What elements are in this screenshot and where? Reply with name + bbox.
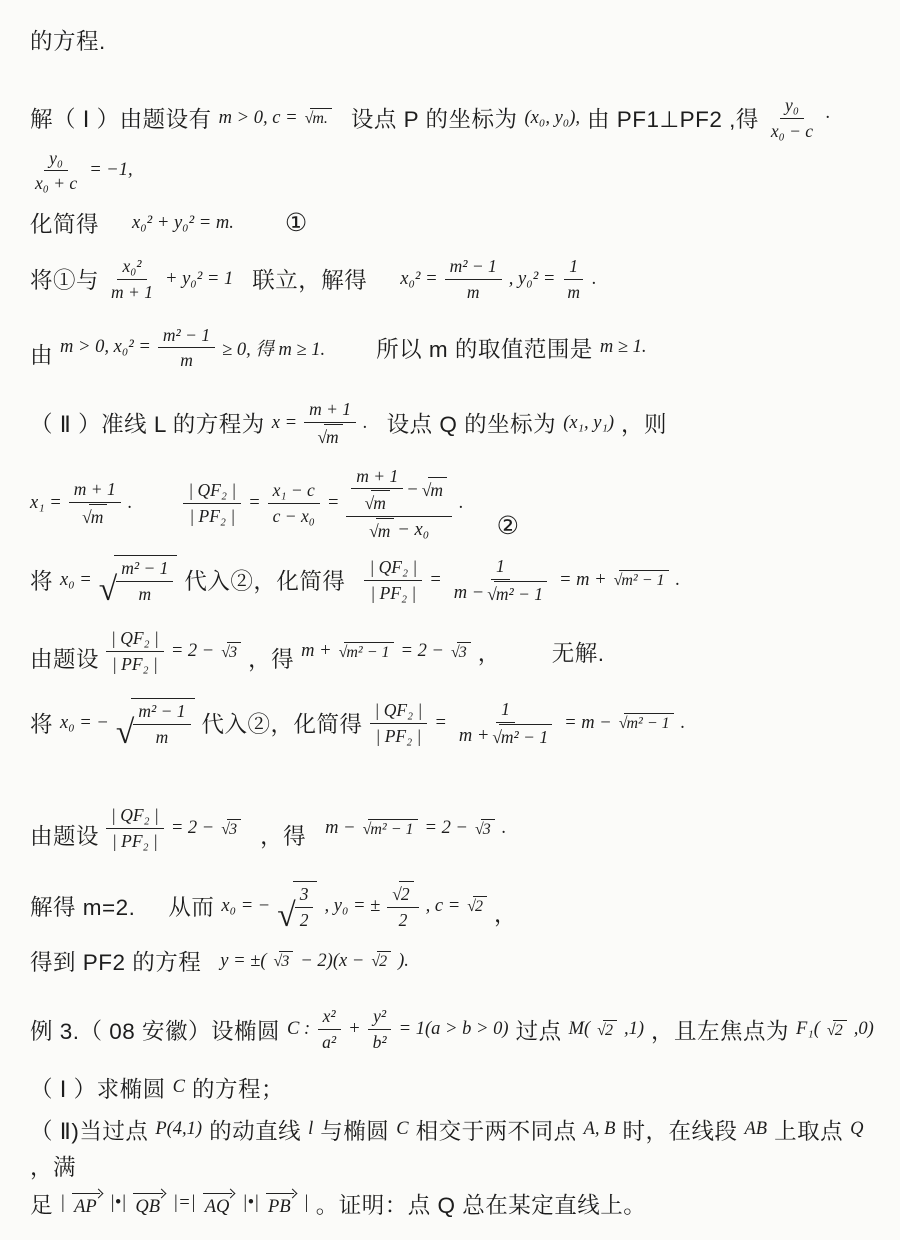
math-text: = [248, 493, 260, 514]
fraction-denominator: m − x₀ [364, 517, 434, 543]
sqrt-expression: 32 [277, 881, 317, 932]
radicand: m² − 1m [114, 555, 177, 606]
line-17: 足 |AP|•|QB|=|AQ|•|PB| 。证明：点 Q 总在某定直线上。 [30, 1188, 874, 1220]
fraction: 32 [295, 883, 314, 932]
fraction-denominator: m [77, 503, 112, 529]
fraction-denominator: m [312, 423, 347, 449]
math-text: P(4,1) [155, 1119, 202, 1140]
radicand: m [89, 504, 108, 529]
cn-text: 的方程. [30, 24, 106, 56]
fraction: m + 1m [69, 478, 121, 529]
cn-text: 例 3.（ 08 安徽）设椭圆 [30, 1014, 280, 1046]
fraction-denominator: 2 [295, 908, 314, 932]
math-text: ). [398, 951, 409, 972]
fraction-numerator: | QF₂ | [370, 699, 428, 724]
line-1: 的方程. [30, 24, 874, 56]
math-text: m > 0, c = [219, 108, 298, 129]
radicand: m [376, 518, 395, 543]
fraction: y²b² [368, 1005, 392, 1054]
math-text: , y₀² = [509, 269, 556, 290]
fraction-numerator: 3 [295, 883, 314, 908]
math-text: = [327, 493, 339, 514]
sqrt-expression: 2 [467, 896, 487, 916]
radicand: m² − 1 [624, 713, 673, 733]
circled-number: ① [285, 208, 307, 238]
cn-text: ，满 [30, 1150, 76, 1182]
math-text: x₀² + y₀² = m. [132, 213, 234, 234]
cn-text: 得到 PF2 的方程 [30, 945, 201, 977]
math-text: |=| [173, 1193, 196, 1214]
cn-text: 的动直线 [209, 1114, 301, 1146]
fraction-denominator: m +m² − 1 [454, 723, 557, 749]
cn-text: 代入②，化简得 [184, 564, 345, 596]
fraction-denominator: m [175, 348, 198, 372]
line-9: 由题设 | QF₂ || PF₂ | = 2 − 3 ，得 m + m² − 1… [30, 627, 874, 676]
math-text: |•| [242, 1193, 259, 1214]
line-3: 化简得 x₀² + y₀² = m. ① [30, 207, 874, 239]
fraction-denominator: m [151, 725, 174, 749]
fraction-numerator: 1 [564, 255, 583, 280]
math-text: |•| [110, 1193, 127, 1214]
cn-text: 设点 Q 的坐标为 [387, 407, 557, 439]
math-text: ,1) [624, 1019, 644, 1040]
fraction-numerator: | QF₂ | [106, 804, 164, 829]
fraction-denominator: m [462, 280, 485, 304]
fraction-numerator: x² [318, 1005, 341, 1030]
fraction-denominator: 2 [394, 908, 413, 932]
radicand: 3 [227, 819, 241, 839]
fraction-numerator: | QF₂ | [364, 556, 422, 581]
radicand: m² − 1 [368, 819, 417, 839]
fraction-denominator: x₀ + c [30, 171, 82, 195]
cn-text: ，且左焦点为 [651, 1014, 789, 1046]
math-text: + y₀² = 1 [165, 269, 233, 290]
fraction-nested: m + 1m − m m − x₀ [346, 465, 452, 543]
fraction: m² − 1m [133, 700, 190, 749]
math-text: l [308, 1119, 313, 1140]
math-text: ,0) [854, 1019, 874, 1040]
sqrt-expression: 2 [392, 881, 413, 906]
math-text: C [396, 1119, 408, 1140]
circled-number: ② [497, 511, 519, 541]
cn-text: 将①与 [30, 263, 99, 295]
math-text: m − [325, 818, 355, 839]
line-14: 例 3.（ 08 安徽）设椭圆 C : x²a² + y²b² = 1(a > … [30, 1005, 874, 1054]
cn-text: （ Ⅱ)当过点 [30, 1114, 148, 1146]
fraction: y₀x₀ + c [30, 147, 82, 196]
math-text: = −1, [89, 160, 132, 181]
line-5: 由 m > 0, x₀² = m² − 1m ≥ 0, 得 m ≥ 1. 所以 … [30, 324, 874, 373]
math-text: . [676, 570, 681, 591]
line-10: 将 x₀ = − m² − 1m 代入②，化简得 | QF₂ || PF₂ | … [30, 698, 874, 749]
vector-AP: AP [72, 1192, 103, 1218]
fraction: m + 1m [351, 465, 403, 516]
cn-text: 上取点 [774, 1114, 843, 1146]
fraction: x₀²m + 1 [106, 255, 158, 304]
math-text: x₀ = − [60, 713, 109, 734]
math-text: m ≥ 1. [600, 337, 647, 358]
radicand: 3 [227, 642, 241, 662]
sqrt-expression: m² − 1 [363, 819, 418, 839]
math-text: . [681, 713, 686, 734]
line-11: 由题设 | QF₂ || PF₂ | = 2 − 3 ，得 m − m² − 1… [30, 804, 874, 853]
line-7: x₁ = m + 1m . | QF₂ || PF₂ | = x₁ − cc −… [30, 465, 874, 543]
cn-text: 足 [30, 1188, 53, 1220]
fraction: m² − 1m [158, 324, 215, 373]
fraction-numerator: 1 [491, 555, 510, 580]
fraction-numerator: m + 1m − m [346, 465, 452, 518]
fraction: m² − 1m [116, 557, 173, 606]
cn-text: 联立，解得 [252, 263, 367, 295]
radicand: 2 [473, 896, 487, 916]
radicand: m [428, 477, 447, 502]
fraction: | QF₂ || PF₂ | [106, 804, 164, 853]
cn-text: 的方程； [192, 1072, 284, 1104]
math-text: x = [272, 413, 297, 434]
sqrt-expression: 3 [451, 642, 471, 662]
cn-text: （ Ⅱ ）准线 L 的方程为 [30, 407, 265, 439]
math-text: − 2)(x − [300, 951, 364, 972]
math-text: = 2 − [171, 641, 214, 662]
line-2: 解（ Ⅰ ）由题设有 m > 0, c = m. 设点 P 的坐标为 (x₀, … [30, 94, 874, 195]
radicand: 3 [279, 951, 293, 971]
math-text: = [434, 713, 446, 734]
vector-QB: QB [133, 1192, 166, 1218]
fraction-denominator: | PF₂ | [371, 724, 427, 748]
fraction: m + 1m [304, 398, 356, 449]
cn-text: 从而 [168, 890, 214, 922]
fraction-numerator: m² − 1 [116, 557, 173, 582]
math-text: . [502, 818, 507, 839]
math-text: = m + [559, 570, 607, 591]
line-6: （ Ⅱ ）准线 L 的方程为 x = m + 1m . 设点 Q 的坐标为 (x… [30, 398, 874, 449]
fraction-denominator: c − x₀ [268, 504, 320, 528]
sqrt-expression: m² − 1 [492, 724, 552, 749]
cn-text: 由题设 [30, 642, 99, 674]
math-text: m + [459, 724, 489, 748]
fraction-numerator: m + 1 [304, 398, 356, 423]
radicand: m² − 1 [494, 581, 547, 606]
cn-text: 化简得 [30, 207, 99, 239]
sqrt-expression: 2 [827, 1020, 847, 1040]
fraction: | QF₂ || PF₂ | [106, 627, 164, 676]
radicand: 2 [603, 1020, 617, 1040]
math-text: | [304, 1193, 309, 1214]
fraction-denominator: m [562, 280, 585, 304]
line-16: （ Ⅱ)当过点 P(4,1) 的动直线 l 与椭圆 C 相交于两不同点 A, B… [30, 1114, 874, 1182]
sqrt-expression: 2 [597, 1020, 617, 1040]
math-text: ≥ 0, 得 m ≥ 1. [222, 335, 325, 361]
line-8: 将 x₀ = m² − 1m 代入②，化简得 | QF₂ || PF₂ | = … [30, 555, 874, 606]
math-text: x₀² = [400, 269, 437, 290]
math-text: A, B [584, 1119, 616, 1140]
math-text: (x₁, y₁) [563, 413, 614, 434]
math-text: x₀ = − [221, 896, 270, 917]
math-text: = m − [564, 713, 612, 734]
fraction-numerator: y² [368, 1005, 391, 1030]
sqrt-expression: m [369, 518, 394, 543]
cn-text: ，则 [621, 407, 667, 439]
radicand: m. [310, 108, 332, 128]
sqrt-expression: m [82, 504, 107, 529]
sqrt-expression: 3 [221, 642, 241, 662]
radicand: m² − 1m [131, 698, 194, 749]
math-text: . [592, 269, 597, 290]
cn-text: 由 [30, 338, 53, 370]
math-text: = 1(a > b > 0) [399, 1019, 509, 1040]
math-text: = 2 − [171, 818, 214, 839]
math-text: M( [569, 1019, 591, 1040]
fraction-numerator: 1 [496, 698, 515, 723]
fraction-denominator: | PF₂ | [365, 581, 421, 605]
fraction-denominator: b² [368, 1030, 392, 1054]
line-15: （ Ⅰ ）求椭圆 C 的方程； [30, 1072, 874, 1104]
math-text: m + [301, 641, 331, 662]
cn-text: ，得 [260, 819, 306, 851]
radicand: 2 [377, 951, 391, 971]
math-text: . [459, 493, 464, 514]
radicand: m² − 1 [344, 642, 393, 662]
line-13: 得到 PF2 的方程 y = ±( 3 − 2)(x − 2 ). [30, 945, 874, 977]
cn-text: 与椭圆 [320, 1114, 389, 1146]
math-text: y = ±( [220, 951, 266, 972]
fraction: y₀x₀ − c [766, 94, 818, 143]
document-page: 的方程. 解（ Ⅰ ）由题设有 m > 0, c = m. 设点 P 的坐标为 … [0, 0, 900, 1240]
math-text: · [825, 108, 830, 129]
radicand: m² − 1 [499, 724, 552, 749]
radicand: 3 [457, 642, 471, 662]
fraction-denominator: | PF₂ | [184, 504, 240, 528]
fraction-denominator: m [360, 489, 395, 515]
radicand: m [324, 424, 343, 449]
cn-text: 将 [30, 564, 53, 596]
line-12: 解得 m=2. 从而 x₀ = − 32 , y₀ = ± 22 , c = 2… [30, 881, 874, 932]
fraction-numerator: | QF₂ | [106, 627, 164, 652]
fraction-numerator: y₀ [44, 147, 68, 172]
math-text: m − [454, 581, 484, 605]
cn-text: ， [478, 636, 501, 668]
cn-text: 代入②，化简得 [202, 707, 363, 739]
sqrt-expression: 2 [371, 951, 391, 971]
fraction-numerator: x₁ − c [268, 479, 320, 504]
math-text: = [429, 570, 441, 591]
cn-text: 解得 m=2. [30, 890, 135, 922]
cn-text: 解（ Ⅰ ）由题设有 [30, 102, 212, 134]
radicand: 32 [293, 881, 318, 932]
math-text: . [128, 493, 133, 514]
fraction: 1m −m² − 1 [449, 555, 552, 606]
fraction-numerator: | QF₂ | [183, 479, 241, 504]
sqrt-expression: m² − 1m [99, 555, 178, 606]
fraction: | QF₂ || PF₂ | [183, 479, 241, 528]
cn-text: ， [494, 897, 517, 929]
math-text: AB [744, 1119, 767, 1140]
fraction-denominator: m [134, 582, 157, 606]
fraction-numerator: m² − 1 [445, 255, 502, 280]
fraction-denominator: x₀ − c [766, 119, 818, 143]
radicand: 3 [481, 819, 495, 839]
cn-text: 由 PF1⊥PF2 ,得 [587, 102, 759, 134]
fraction: 1m +m² − 1 [454, 698, 557, 749]
fraction-denominator: a² [317, 1030, 341, 1054]
math-text: x₀ = [60, 570, 92, 591]
vector-PB: PB [266, 1192, 297, 1218]
sqrt-expression: m² − 1m [116, 698, 195, 749]
math-text: . [363, 413, 368, 434]
math-text: − x₀ [397, 518, 429, 542]
math-text: F₁( [796, 1019, 820, 1040]
fraction-denominator: m + 1 [106, 280, 158, 304]
fraction: x₁ − cc − x₀ [268, 479, 320, 528]
cn-text: 时，在线段 [622, 1114, 737, 1146]
fraction: | QF₂ || PF₂ | [370, 699, 428, 748]
fraction: x²a² [317, 1005, 341, 1054]
math-text: = 2 − [401, 641, 444, 662]
sqrt-expression: m [422, 477, 447, 502]
math-text: C : [287, 1019, 310, 1040]
fraction-denominator: | PF₂ | [107, 829, 163, 853]
cn-text: 所以 m 的取值范围是 [376, 332, 593, 364]
radicand: m [371, 490, 390, 515]
math-text: − [406, 478, 418, 502]
math-text: , c = [426, 896, 461, 917]
sqrt-expression: m² − 1 [614, 570, 669, 590]
math-text: m > 0, x₀² = [60, 337, 151, 358]
radicand: m² − 1 [619, 570, 668, 590]
cn-text: 。证明：点 Q 总在某定直线上。 [316, 1188, 647, 1220]
sqrt-expression: m [317, 424, 342, 449]
fraction-numerator: m + 1 [69, 478, 121, 503]
fraction-numerator: m² − 1 [133, 700, 190, 725]
radicand: 2 [399, 881, 414, 906]
math-text: (x₀, y₀), [525, 108, 580, 129]
sqrt-expression: 3 [475, 819, 495, 839]
sqrt-expression: m² − 1 [619, 713, 674, 733]
math-text: C [173, 1077, 185, 1098]
line-4: 将①与 x₀²m + 1 + y₀² = 1 联立，解得 x₀² = m² − … [30, 255, 874, 304]
fraction-numerator: x₀² [117, 255, 146, 280]
cn-text: （ Ⅰ ）求椭圆 [30, 1072, 166, 1104]
fraction-numerator: y₀ [780, 94, 804, 119]
math-text: + [348, 1019, 360, 1040]
fraction-numerator: m² − 1 [158, 324, 215, 349]
cn-text: 相交于两不同点 [416, 1114, 577, 1146]
cn-text: ，得 [248, 642, 294, 674]
math-text: , y₀ = ± [324, 896, 380, 917]
sqrt-expression: m [365, 490, 390, 515]
math-text: | [60, 1193, 65, 1214]
math-text: = 2 − [425, 818, 468, 839]
sqrt-expression: 3 [221, 819, 241, 839]
fraction: 1m [562, 255, 585, 304]
cn-text: 过点 [516, 1014, 562, 1046]
fraction: | QF₂ || PF₂ | [364, 556, 422, 605]
sqrt-expression: 3 [274, 951, 294, 971]
radicand: 2 [833, 1020, 847, 1040]
sqrt-expression: m² − 1 [487, 581, 547, 606]
cn-text: 由题设 [30, 819, 99, 851]
fraction-numerator: m + 1 [351, 465, 403, 490]
fraction: 22 [387, 881, 418, 932]
cn-text: 无解. [552, 636, 605, 668]
fraction-numerator: 2 [387, 881, 418, 908]
sqrt-expression: m² − 1 [339, 642, 394, 662]
fraction-denominator: | PF₂ | [107, 652, 163, 676]
math-text: Q [850, 1119, 863, 1140]
cn-text: 将 [30, 707, 53, 739]
math-text: x₁ = [30, 493, 62, 514]
vector-AQ: AQ [203, 1192, 236, 1218]
sqrt-expression: m. [305, 108, 332, 128]
fraction-denominator: m −m² − 1 [449, 580, 552, 606]
cn-text: 设点 P 的坐标为 [351, 102, 518, 134]
fraction: m² − 1m [445, 255, 502, 304]
